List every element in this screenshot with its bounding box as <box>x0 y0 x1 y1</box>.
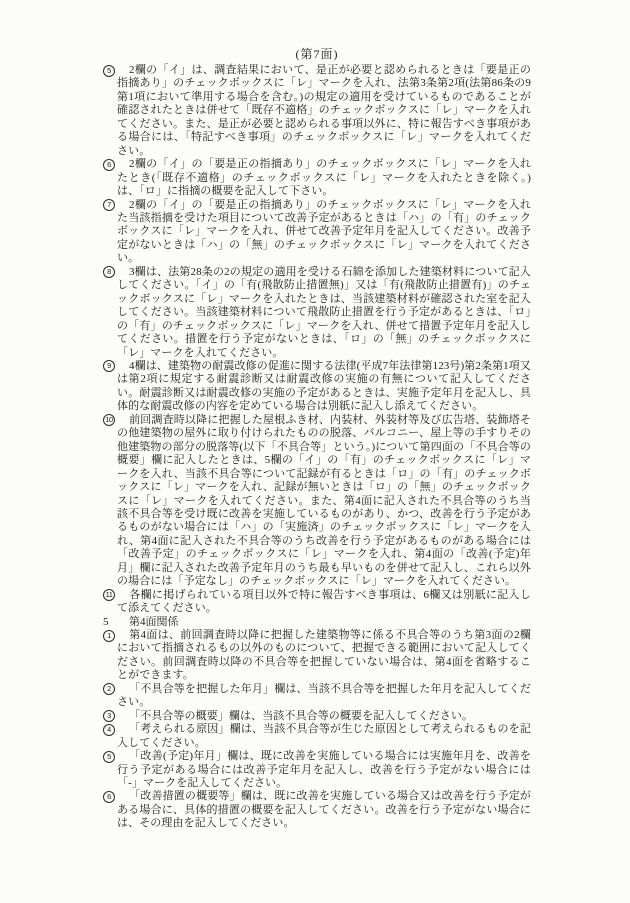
item-text: 2欄の「イ」の「要是正の指摘あり」のチェックボックスに「レ」マークを入れたとき(… <box>117 158 531 197</box>
instruction-item: 11各欄に掲げられている項目以外で特に報告すべき事項は、6欄又は別紙に記入して添… <box>103 589 531 616</box>
section-number: 5 <box>103 616 129 629</box>
item-number-badge: 1 <box>103 630 115 642</box>
item-text: 2欄の「イ」は、調査結果において、是正が必要と認められるときは「要是正の指摘あり… <box>117 64 531 157</box>
item-number-badge: 4 <box>103 724 115 736</box>
instruction-item: 3「不具合等の概要」欄は、当該不具合等の概要を記入してください。 <box>103 710 531 723</box>
item-text: 各欄に掲げられている項目以外で特に報告すべき事項は、6欄又は別紙に記入して添えて… <box>117 589 531 614</box>
instruction-item: 4「考えられる原因」欄は、当該不具合等が生じた原因として考えられるものを記入して… <box>103 723 531 750</box>
instruction-item: 52欄の「イ」は、調査結果において、是正が必要と認められるときは「要是正の指摘あ… <box>103 64 531 158</box>
section-title: 第4面関係 <box>129 616 179 628</box>
instruction-item: 5「改善(予定)年月」欄は、既に改善を実施している場合には実施年月を、改善を行う… <box>103 750 531 790</box>
item-number-badge: 7 <box>103 199 115 211</box>
item-text: 「改善措置の概要等」欄は、既に改善を実施している場合又は改善を行う予定がある場合… <box>117 790 531 829</box>
item-text: 前回調査時以降に把握した屋根ふき材、内装材、外装材等及び広告塔、装飾塔その他建築… <box>117 414 531 587</box>
item-text: 「考えられる原因」欄は、当該不具合等が生じた原因として考えられるものを記入してく… <box>117 723 531 748</box>
item-number-badge: 5 <box>103 65 115 77</box>
item-number-badge: 9 <box>103 360 115 372</box>
instruction-item: 10前回調査時以降に把握した屋根ふき材、内装材、外装材等及び広告塔、装飾塔その他… <box>103 414 531 589</box>
page-title: (第7面) <box>103 47 531 61</box>
instruction-item: 72欄の「イ」の「要是正の指摘あり」のチェックボックスに「レ」マークを入れた当該… <box>103 199 531 266</box>
item-text: 2欄の「イ」の「要是正の指摘あり」のチェックボックスに「レ」マークを入れた当該指… <box>117 199 531 265</box>
item-number-badge: 3 <box>103 710 115 722</box>
item-number-badge: 5 <box>103 751 115 763</box>
item-number-badge: 6 <box>103 159 115 171</box>
item-text: 「改善(予定)年月」欄は、既に改善を実施している場合には実施年月を、改善を行う予… <box>117 750 531 789</box>
section-heading: 5第4面関係 <box>103 616 531 629</box>
item-text: 第4面は、前回調査時以降に把握した建築物等に係る不具合等のうち第3面の2欄におい… <box>117 629 531 681</box>
document-page: (第7面) 52欄の「イ」は、調査結果において、是正が必要と認められるときは「要… <box>0 0 630 903</box>
item-text: 「不具合等を把握した年月」欄は、当該不具合等を把握した年月を記入してください。 <box>117 683 531 708</box>
item-text: 3欄は、法第28条の2の規定の適用を受ける石綿を添加した建築材料について記入して… <box>117 266 531 359</box>
item-number-badge: 6 <box>103 791 115 803</box>
item-text: 「不具合等の概要」欄は、当該不具合等の概要を記入してください。 <box>129 710 473 722</box>
item-number-badge: 8 <box>103 266 115 278</box>
item-number-badge: 2 <box>103 683 115 695</box>
instruction-item: 62欄の「イ」の「要是正の指摘あり」のチェックボックスに「レ」マークを入れたとき… <box>103 158 531 198</box>
instruction-item: 2「不具合等を把握した年月」欄は、当該不具合等を把握した年月を記入してください。 <box>103 683 531 710</box>
item-number-badge: 11 <box>103 589 115 601</box>
item-text: 4欄は、建築物の耐震改修の促進に関する法律(平成7年法律第123号)第2条第1項… <box>117 360 531 412</box>
instruction-item: 6「改善措置の概要等」欄は、既に改善を実施している場合又は改善を行う予定がある場… <box>103 790 531 830</box>
instruction-item: 94欄は、建築物の耐震改修の促進に関する法律(平成7年法律第123号)第2条第1… <box>103 360 531 414</box>
instruction-item: 83欄は、法第28条の2の規定の適用を受ける石綿を添加した建築材料について記入し… <box>103 266 531 360</box>
item-number-badge: 10 <box>103 414 115 426</box>
instruction-item: 1第4面は、前回調査時以降に把握した建築物等に係る不具合等のうち第3面の2欄にお… <box>103 629 531 683</box>
